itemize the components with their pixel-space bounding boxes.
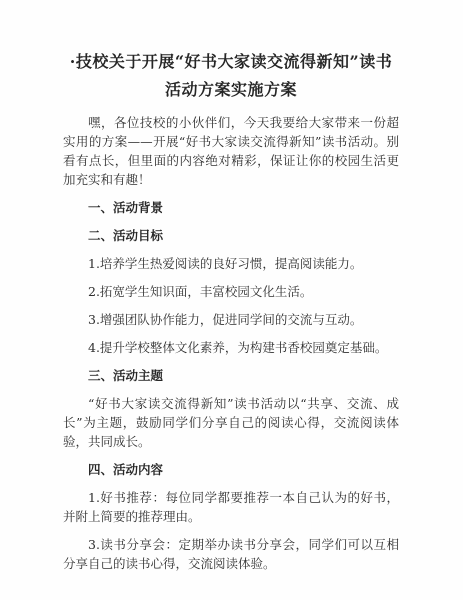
- document-title-line-2: 活动方案实施方案: [165, 80, 297, 99]
- goal-item-4: 4.提升学校整体文化素养，为构建书香校园奠定基础。: [63, 338, 399, 357]
- document-page: ·技校关于开展“好书大家读交流得新知”读书活动方案实施方案 嘿，各位技校的小伙伴…: [0, 0, 463, 600]
- content-item-3: 3.读书分享会：定期举办读书分享会，同学们可以互相分享自己的读书心得，交流阅读体…: [63, 535, 399, 573]
- content-item-1: 1.好书推荐：每位同学都要推荐一本自己认为的好书，并附上简要的推荐理由。: [63, 488, 399, 526]
- document-title-line-1: ·技校关于开展“好书大家读交流得新知”读书: [70, 52, 392, 71]
- theme-paragraph: “好书大家读交流得新知”读书活动以“共享、交流、成长”为主题，鼓励同学们分享自己…: [63, 394, 399, 451]
- intro-paragraph: 嘿，各位技校的小伙伴们，今天我要给大家带来一份超实用的方案——开展“好书大家读交…: [63, 113, 399, 189]
- goal-item-2: 2.拓宽学生知识面，丰富校园文化生活。: [63, 282, 399, 301]
- section-heading-contents: 四、活动内容: [63, 460, 399, 479]
- goal-item-3: 3.增强团队协作能力，促进同学间的交流与互动。: [63, 310, 399, 329]
- section-heading-goals: 二、活动目标: [63, 226, 399, 245]
- goal-item-1: 1.培养学生热爱阅读的良好习惯，提高阅读能力。: [63, 254, 399, 273]
- section-heading-background: 一、活动背景: [63, 198, 399, 217]
- section-heading-theme: 三、活动主题: [63, 366, 399, 385]
- document-title: ·技校关于开展“好书大家读交流得新知”读书活动方案实施方案: [63, 48, 399, 104]
- document-content: ·技校关于开展“好书大家读交流得新知”读书活动方案实施方案 嘿，各位技校的小伙伴…: [63, 48, 399, 582]
